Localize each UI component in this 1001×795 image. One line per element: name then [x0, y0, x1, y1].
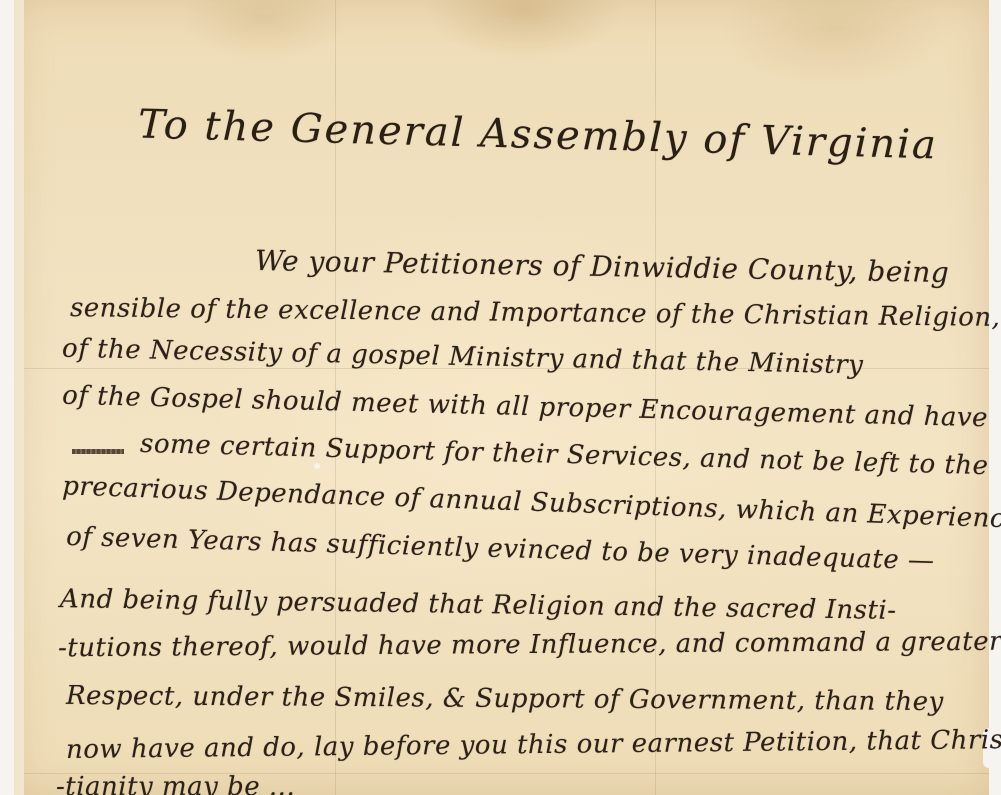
paper-hole — [314, 463, 320, 469]
petition-line-10: Respect, under the Smiles, & Support of … — [66, 681, 944, 717]
paper-left-edge — [14, 0, 24, 795]
document-scan: To the General Assembly of Virginia We y… — [0, 0, 1001, 795]
struck-out-word — [72, 449, 124, 454]
petition-line-12: -tianity may be ... — [56, 772, 295, 795]
